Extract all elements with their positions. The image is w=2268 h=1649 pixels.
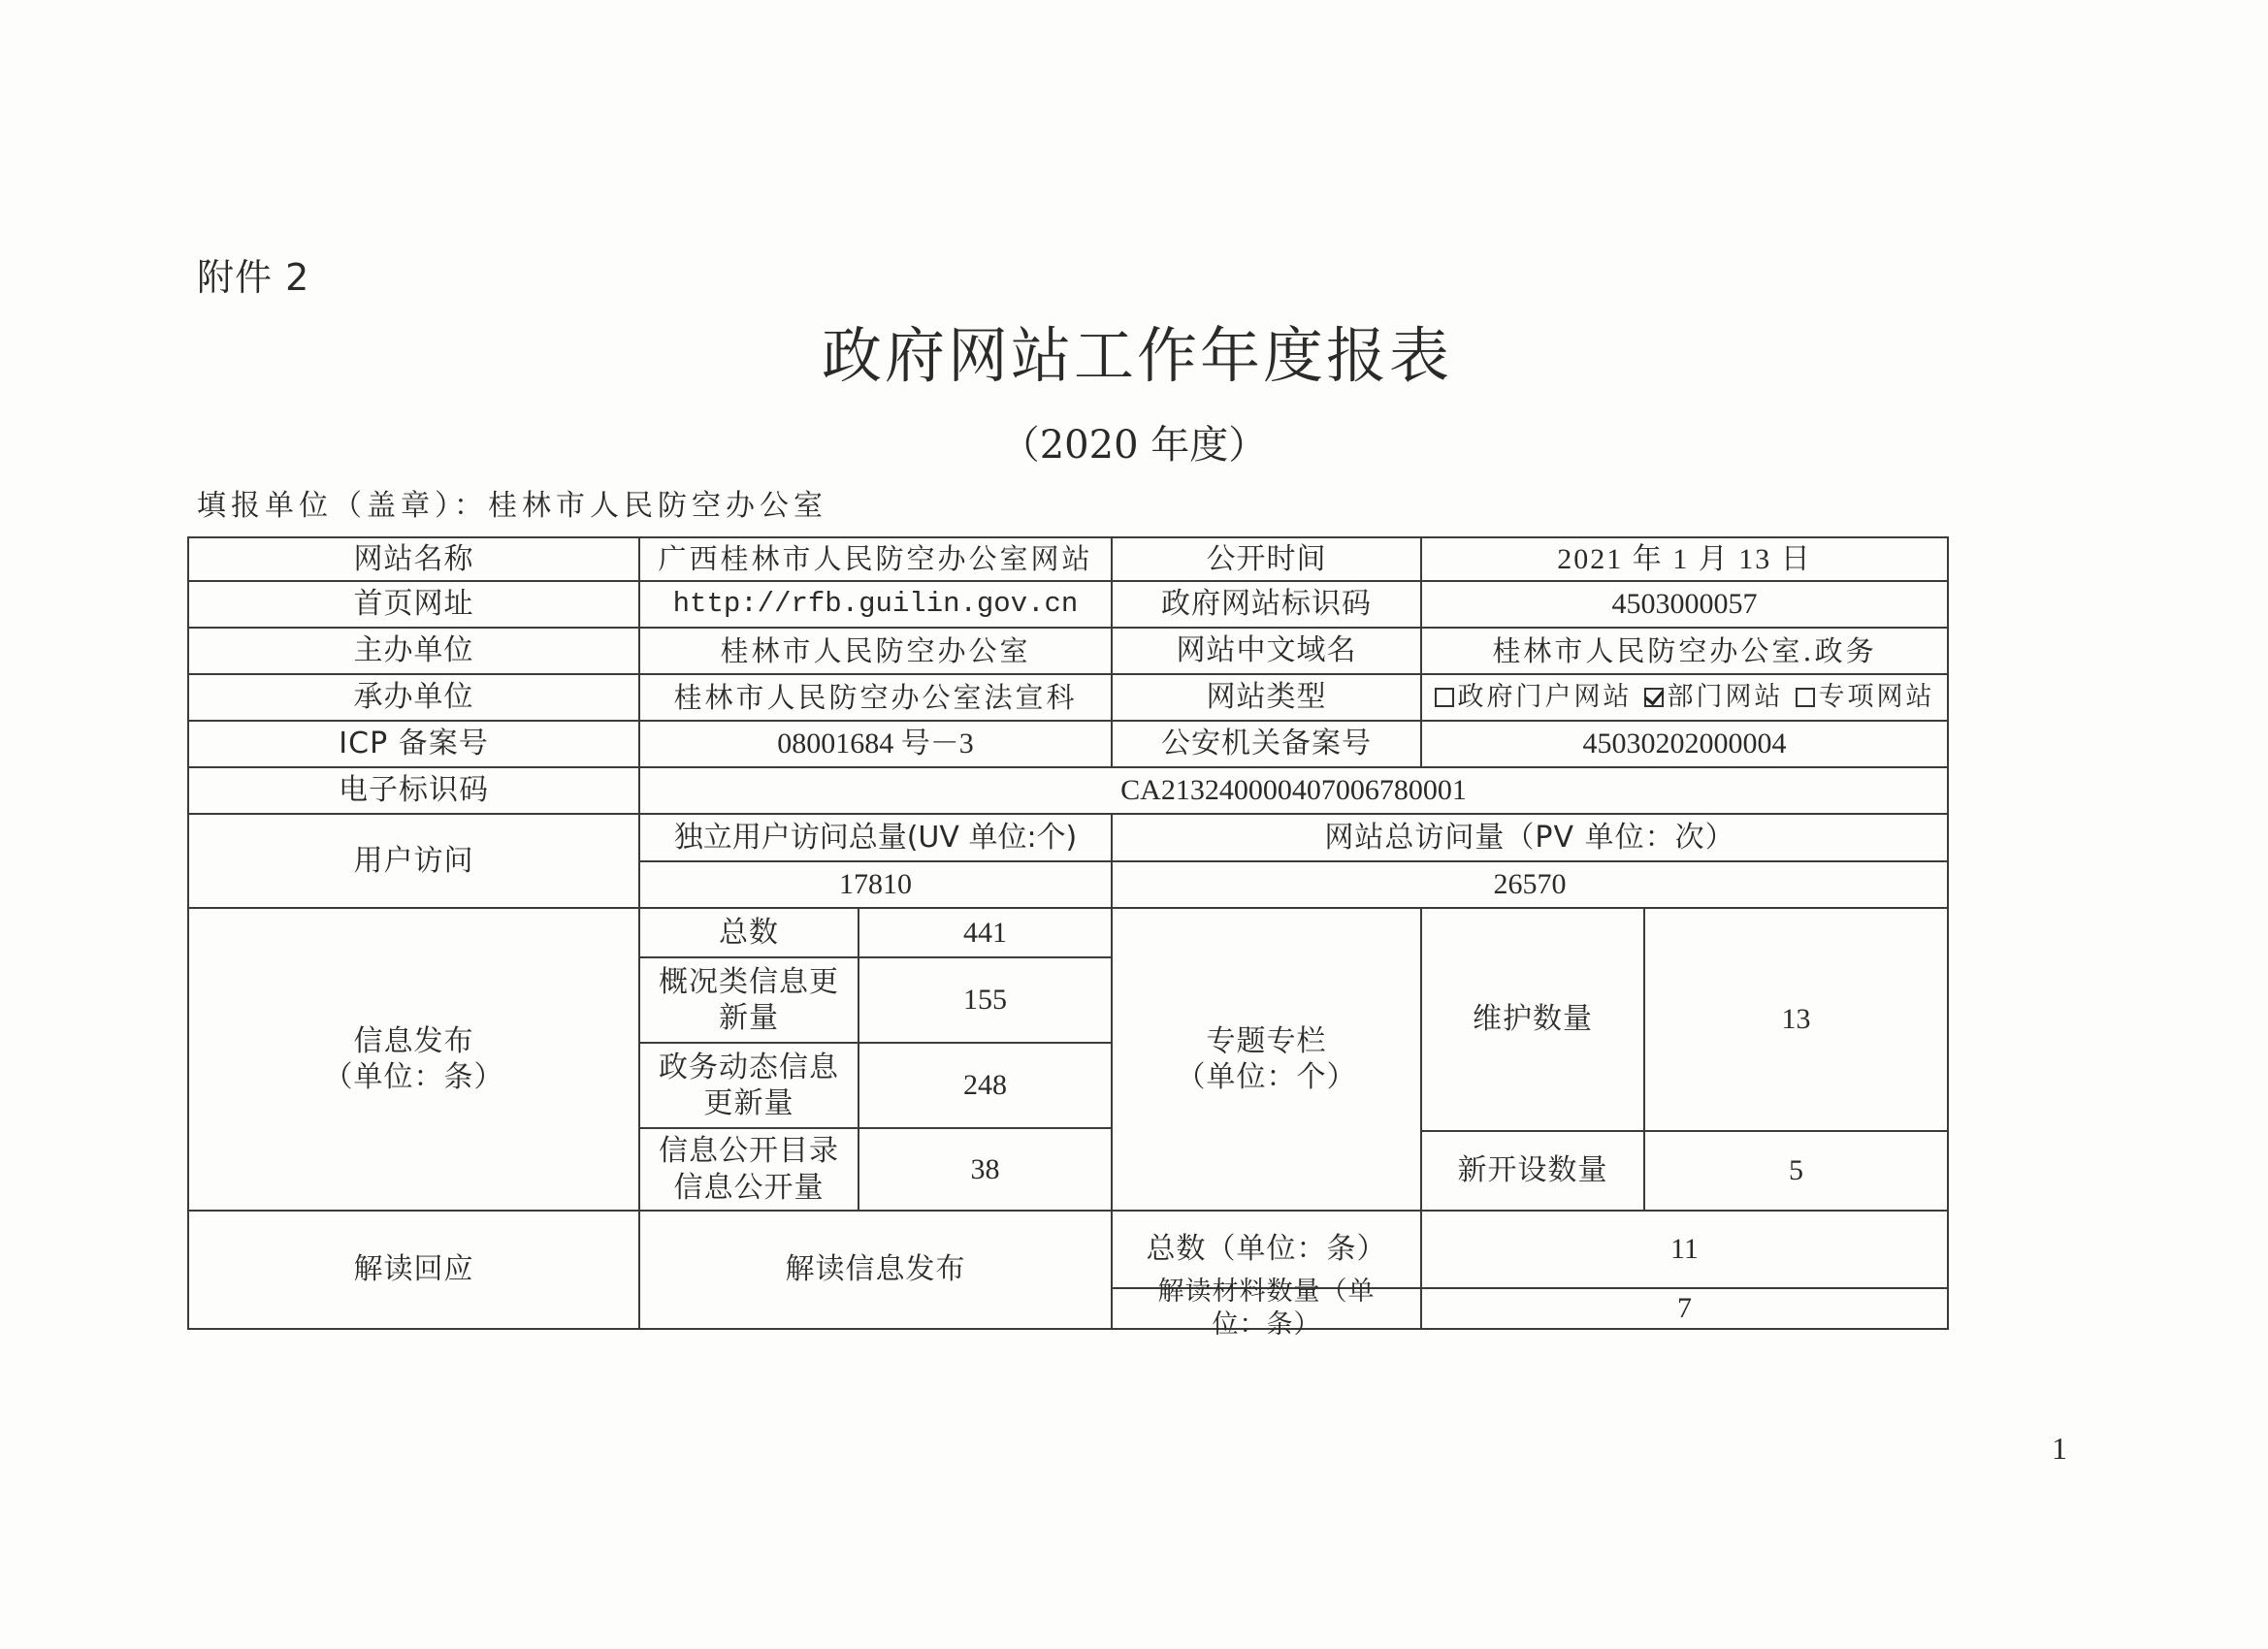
site-type-options: 政府门户网站 部门网站 专项网站 [1422,675,1947,720]
eid-label: 电子标识码 [189,768,638,813]
publish-time-label: 公开时间 [1113,538,1420,580]
icp-value: 08001684 号－3 [640,722,1111,766]
icp-label: ICP 备案号 [189,722,638,766]
site-code-value: 4503000057 [1422,582,1947,627]
checkbox-unchecked-icon[interactable] [1435,688,1454,707]
report-table: 网站名称 广西桂林市人民防空办公室网站 公开时间 2021 年 1 月 13 日… [0,0,2268,1649]
page-number: 1 [2052,1429,2067,1468]
topic-maintain-value: 13 [1645,909,1947,1130]
sponsor-value: 桂林市人民防空办公室 [640,629,1111,673]
topic-new-value: 5 [1645,1132,1947,1210]
info-news-value: 248 [859,1044,1111,1127]
pv-label: 网站总访问量（PV 单位：次） [1113,815,1947,860]
info-total-label: 总数 [640,909,858,956]
police-record-label: 公安机关备案号 [1113,722,1420,766]
info-overview-label: 概况类信息更新量 [648,958,850,1042]
interpret-total-value: 11 [1422,1212,1947,1287]
homepage-label: 首页网址 [189,582,638,627]
operator-value: 桂林市人民防空办公室法宣科 [640,675,1111,720]
uv-value: 17810 [640,862,1111,907]
publish-time-value: 2021 年 1 月 13 日 [1422,538,1947,580]
sponsor-label: 主办单位 [189,629,638,673]
site-type-option-department[interactable]: 部门网站 [1644,681,1784,714]
info-overview-value: 155 [859,958,1111,1042]
interpret-material-value: 7 [1422,1289,1947,1328]
info-total-value: 441 [859,909,1111,956]
info-disclosure-label: 信息公开目录信息公开量 [648,1129,850,1210]
topic-maintain-label: 维护数量 [1422,909,1643,1130]
uv-label: 独立用户访问总量(UV 单位:个) [640,815,1111,860]
topic-new-label: 新开设数量 [1422,1132,1643,1210]
site-name-label: 网站名称 [189,538,638,580]
site-type-option-portal[interactable]: 政府门户网站 [1435,681,1633,714]
checkbox-unchecked-icon[interactable] [1796,688,1815,707]
pv-value: 26570 [1113,862,1947,907]
checkbox-checked-icon[interactable] [1644,688,1664,707]
info-publish-label: 信息发布 （单位：条） [189,909,638,1210]
site-code-label: 政府网站标识码 [1113,582,1420,627]
site-type-label: 网站类型 [1113,675,1420,720]
eid-value: CA213240000407006780001 [640,768,1947,813]
homepage-link[interactable]: http://rfb.guilin.gov.cn [640,582,1111,627]
info-news-label: 政务动态信息更新量 [648,1044,850,1127]
interpret-label: 解读回应 [189,1212,638,1328]
interpret-publish-label: 解读信息发布 [640,1212,1111,1328]
visits-label: 用户访问 [189,815,638,907]
site-type-option-special[interactable]: 专项网站 [1796,681,1935,714]
info-disclosure-value: 38 [859,1129,1111,1210]
cn-domain-label: 网站中文域名 [1113,629,1420,673]
operator-label: 承办单位 [189,675,638,720]
cn-domain-value: 桂林市人民防空办公室.政务 [1422,629,1947,673]
topic-label: 专题专栏 （单位：个） [1113,909,1420,1210]
site-name-value: 广西桂林市人民防空办公室网站 [640,538,1111,580]
interpret-material-label: 解读材料数量（单位：条） [1135,1289,1398,1328]
police-record-value: 45030202000004 [1422,722,1947,766]
